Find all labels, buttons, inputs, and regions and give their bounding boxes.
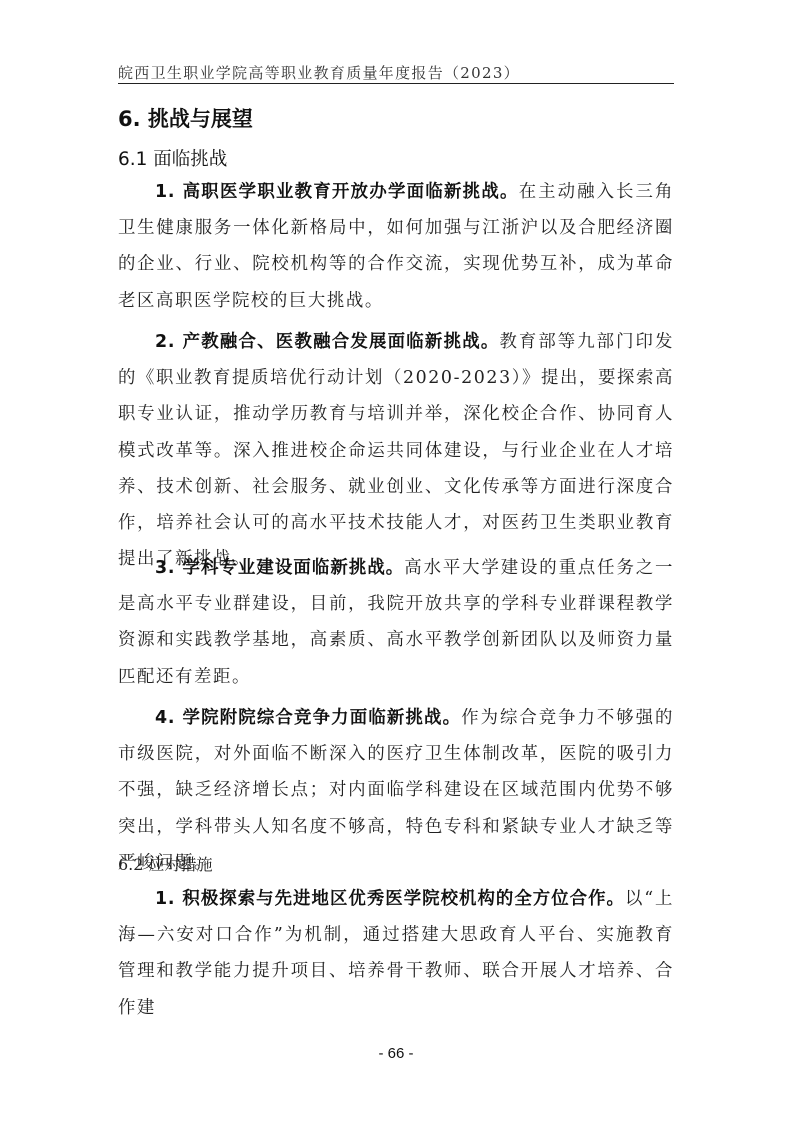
item-body: 作为综合竞争力不够强的市级医院，对外面临不断深入的医疗卫生体制改革，医院的吸引力… — [118, 708, 674, 873]
item-lead: 1. 积极探索与先进地区优秀医学院校机构的全方位合作。 — [155, 889, 625, 909]
item-lead: 4. 学院附院综合竞争力面临新挑战。 — [155, 708, 461, 728]
item-body: 教育部等九部门印发的《职业教育提质培优行动计划（2020-2023）》提出，要探… — [118, 332, 674, 569]
challenge-item-1: 1. 高职医学职业教育开放办学面临新挑战。在主动融入长三角卫生健康服务一体化新格… — [118, 174, 674, 319]
challenge-item-2: 2. 产教融合、医教融合发展面临新挑战。教育部等九部门印发的《职业教育提质培优行… — [118, 324, 674, 577]
challenge-item-3: 3. 学科专业建设面临新挑战。高水平大学建设的重点任务之一是高水平专业群建设，目… — [118, 550, 674, 695]
header-divider — [118, 83, 674, 84]
page-number: - 66 - — [118, 1045, 674, 1062]
section-title: 6. 挑战与展望 — [118, 103, 253, 133]
subsection-title-measures: 6.2 应对措施 — [118, 852, 213, 875]
subsection-title-challenges: 6.1 面临挑战 — [118, 145, 227, 171]
item-lead: 3. 学科专业建设面临新挑战。 — [155, 558, 404, 578]
running-header: 皖西卫生职业学院高等职业教育质量年度报告（2023） — [118, 62, 674, 83]
item-lead: 1. 高职医学职业教育开放办学面临新挑战。 — [155, 182, 519, 202]
measure-item-1: 1. 积极探索与先进地区优秀医学院校机构的全方位合作。以“上海—六安对口合作”为… — [118, 881, 674, 1026]
item-lead: 2. 产教融合、医教融合发展面临新挑战。 — [155, 332, 499, 352]
